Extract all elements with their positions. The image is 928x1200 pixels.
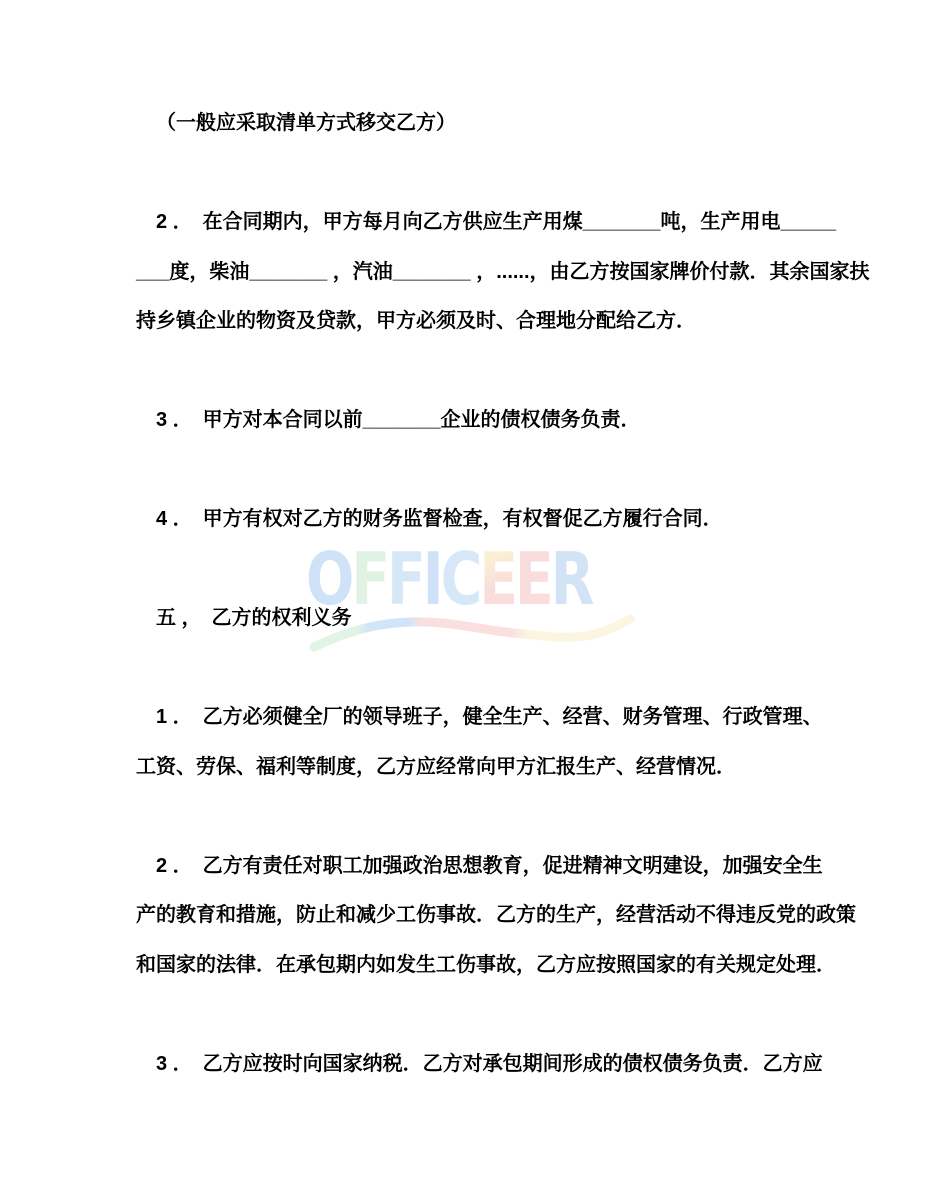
contract-body: （一般应采取清单方式移交乙方） 2 ． 在合同期内，甲方每月向乙方供应生产用煤_… bbox=[136, 99, 796, 1089]
paragraph-clause-2: 2 ． 在合同期内，甲方每月向乙方供应生产用煤_______吨，生产用电____… bbox=[136, 198, 796, 347]
text-line: 4 ． 甲方有权对乙方的财务监督检查，有权督促乙方履行合同． bbox=[136, 495, 796, 545]
text-line: ___度，柴油_______ ，汽油_______ ，......，由乙方按国家… bbox=[136, 248, 796, 298]
text-line: 3 ． 乙方应按时向国家纳税．乙方对承包期间形成的债权债务负责．乙方应 bbox=[136, 1040, 796, 1090]
paragraph-item-2: 2 ． 乙方有责任对职工加强政治思想教育，促进精神文明建设，加强安全生 产的教育… bbox=[136, 842, 796, 991]
text-line: 3 ． 甲方对本合同以前_______企业的债权债务负责． bbox=[136, 396, 796, 446]
text-line: 产的教育和措施，防止和减少工伤事故．乙方的生产，经营活动不得违反党的政策 bbox=[136, 891, 796, 941]
text-line: （一般应采取清单方式移交乙方） bbox=[136, 99, 796, 149]
text-line: 2 ． 乙方有责任对职工加强政治思想教育，促进精神文明建设，加强安全生 bbox=[136, 842, 796, 892]
section-heading-text: 五 ， 乙方的权利义务 bbox=[136, 594, 796, 644]
section-heading-5: 五 ， 乙方的权利义务 bbox=[136, 594, 796, 644]
paragraph-clause-3: 3 ． 甲方对本合同以前_______企业的债权债务负责． bbox=[136, 396, 796, 446]
text-line: 持乡镇企业的物资及贷款，甲方必须及时、合理地分配给乙方． bbox=[136, 297, 796, 347]
paragraph: （一般应采取清单方式移交乙方） bbox=[136, 99, 796, 149]
paragraph-item-3: 3 ． 乙方应按时向国家纳税．乙方对承包期间形成的债权债务负责．乙方应 bbox=[136, 1040, 796, 1090]
text-line: 2 ． 在合同期内，甲方每月向乙方供应生产用煤_______吨，生产用电____… bbox=[136, 198, 796, 248]
paragraph-clause-4: 4 ． 甲方有权对乙方的财务监督检查，有权督促乙方履行合同． bbox=[136, 495, 796, 545]
text-line: 和国家的法律．在承包期内如发生工伤事故，乙方应按照国家的有关规定处理． bbox=[136, 941, 796, 991]
text-line: 1 ． 乙方必须健全厂的领导班子，健全生产、经营、财务管理、行政管理、 bbox=[136, 693, 796, 743]
paragraph-item-1: 1 ． 乙方必须健全厂的领导班子，健全生产、经营、财务管理、行政管理、 工资、劳… bbox=[136, 693, 796, 792]
document-page: O F F I C E E R bbox=[0, 0, 928, 1200]
text-line: 工资、劳保、福利等制度，乙方应经常向甲方汇报生产、经营情况． bbox=[136, 743, 796, 793]
